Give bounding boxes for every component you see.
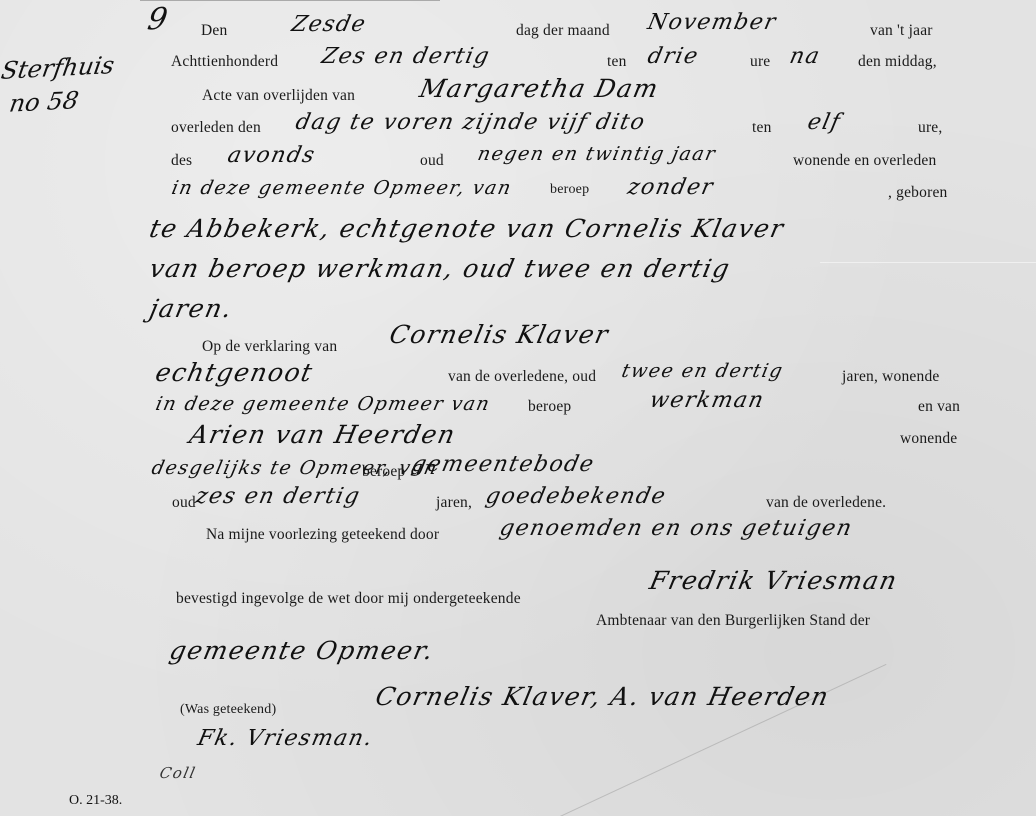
printed-text: van 't jaar [870, 22, 933, 40]
printed-text: Op de verklaring van [202, 338, 337, 356]
margin-house-number: no 58 [7, 86, 80, 118]
printed-text: ten [607, 53, 627, 71]
handwritten-declarant-2-age: zes en dertig [193, 484, 362, 509]
printed-text: oud [172, 494, 196, 512]
handwritten-jaren: jaren. [147, 294, 236, 323]
handwritten-declarant-residence: in deze gemeente Opmeer van [154, 393, 493, 415]
handwritten-spouse-occupation: van beroep werkman, oud twee en dertig [147, 254, 733, 283]
handwritten-declarant-2: Arien van Heerden [187, 420, 459, 449]
printed-text: beroep [362, 463, 405, 481]
paper-crease [820, 262, 1036, 263]
printed-text: en van [918, 398, 960, 416]
handwritten-declarant-2-occupation: gemeentebode [409, 452, 597, 477]
handwritten-relation: echtgenoot [153, 358, 316, 387]
printed-text: Den [201, 22, 227, 40]
record-number: 9 [145, 2, 170, 38]
printed-text: Achttienhonderd [171, 53, 278, 71]
printed-text: overleden den [171, 119, 261, 137]
handwritten-day: Zesde [289, 12, 369, 37]
printed-text: van de overledene, oud [448, 368, 596, 386]
printed-text: beroep [528, 398, 571, 416]
printed-text: Na mijne voorlezing geteekend door [206, 526, 439, 544]
printed-text: oud [420, 152, 444, 170]
handwritten-deceased-name: Margaretha Dam [417, 74, 662, 103]
top-rule [140, 0, 440, 1]
margin-label-sterfhuis: Sterfhuis [0, 51, 116, 85]
handwritten-witness-signatures: Cornelis Klaver, A. van Heerden [373, 682, 832, 711]
printed-text: jaren, wonende [842, 368, 939, 386]
handwritten-coll-note: Coll [158, 764, 198, 782]
printed-text: van de overledene. [766, 494, 886, 512]
handwritten-declarant-1: Cornelis Klaver [387, 320, 612, 349]
certificate-page: 9 Sterfhuis no 58 Den Zesde dag der maan… [0, 0, 1036, 816]
printed-text: jaren, [436, 494, 472, 512]
handwritten-na: na [787, 44, 823, 69]
handwritten-death-hour: elf [805, 110, 843, 135]
handwritten-residence: in deze gemeente Opmeer, van [170, 177, 514, 199]
printed-text: des [171, 152, 192, 170]
printed-text: ure, [918, 119, 942, 137]
printed-text: Ambtenaar van den Burgerlijken Stand der [596, 612, 870, 630]
handwritten-hour: drie [645, 44, 701, 69]
printed-text: (Was geteekend) [180, 702, 276, 718]
printed-text: ure [750, 53, 770, 71]
handwritten-registrar-signature: Fredrik Vriesman [647, 566, 901, 595]
handwritten-declarant-occupation: werkman [647, 388, 767, 413]
handwritten-declarant-age: twee en dertig [620, 360, 786, 382]
printed-text: Acte van overlijden van [202, 87, 355, 105]
handwritten-occupation: zonder [625, 175, 716, 200]
handwritten-month: November [645, 10, 779, 35]
printed-text: dag der maand [516, 22, 610, 40]
printed-text: ten [752, 119, 772, 137]
printed-text: den middag, [858, 53, 937, 71]
handwritten-birthplace-spouse: te Abbekerk, echtgenote van Cornelis Kla… [147, 214, 787, 243]
handwritten-relation-2: goedebekende [483, 484, 669, 509]
handwritten-registrar-initials: Fk. Vriesman. [195, 726, 375, 751]
printed-text: , geboren [888, 184, 947, 202]
printed-text: wonende [900, 430, 957, 448]
form-code: O. 21-38. [69, 793, 122, 809]
handwritten-municipality: gemeente Opmeer. [167, 636, 437, 665]
printed-text: bevestigd ingevolge de wet door mij onde… [176, 590, 521, 608]
handwritten-age: negen en twintig jaar [476, 143, 719, 165]
printed-text: wonende en overleden [793, 152, 936, 170]
handwritten-signed-by: genoemden en ons getuigen [497, 516, 855, 541]
handwritten-year: Zes en dertig [319, 44, 492, 69]
handwritten-time-of-day: avonds [225, 143, 318, 168]
printed-text: beroep [550, 182, 589, 198]
handwritten-date-of-death: dag te voren zijnde vijf dito [293, 110, 648, 135]
